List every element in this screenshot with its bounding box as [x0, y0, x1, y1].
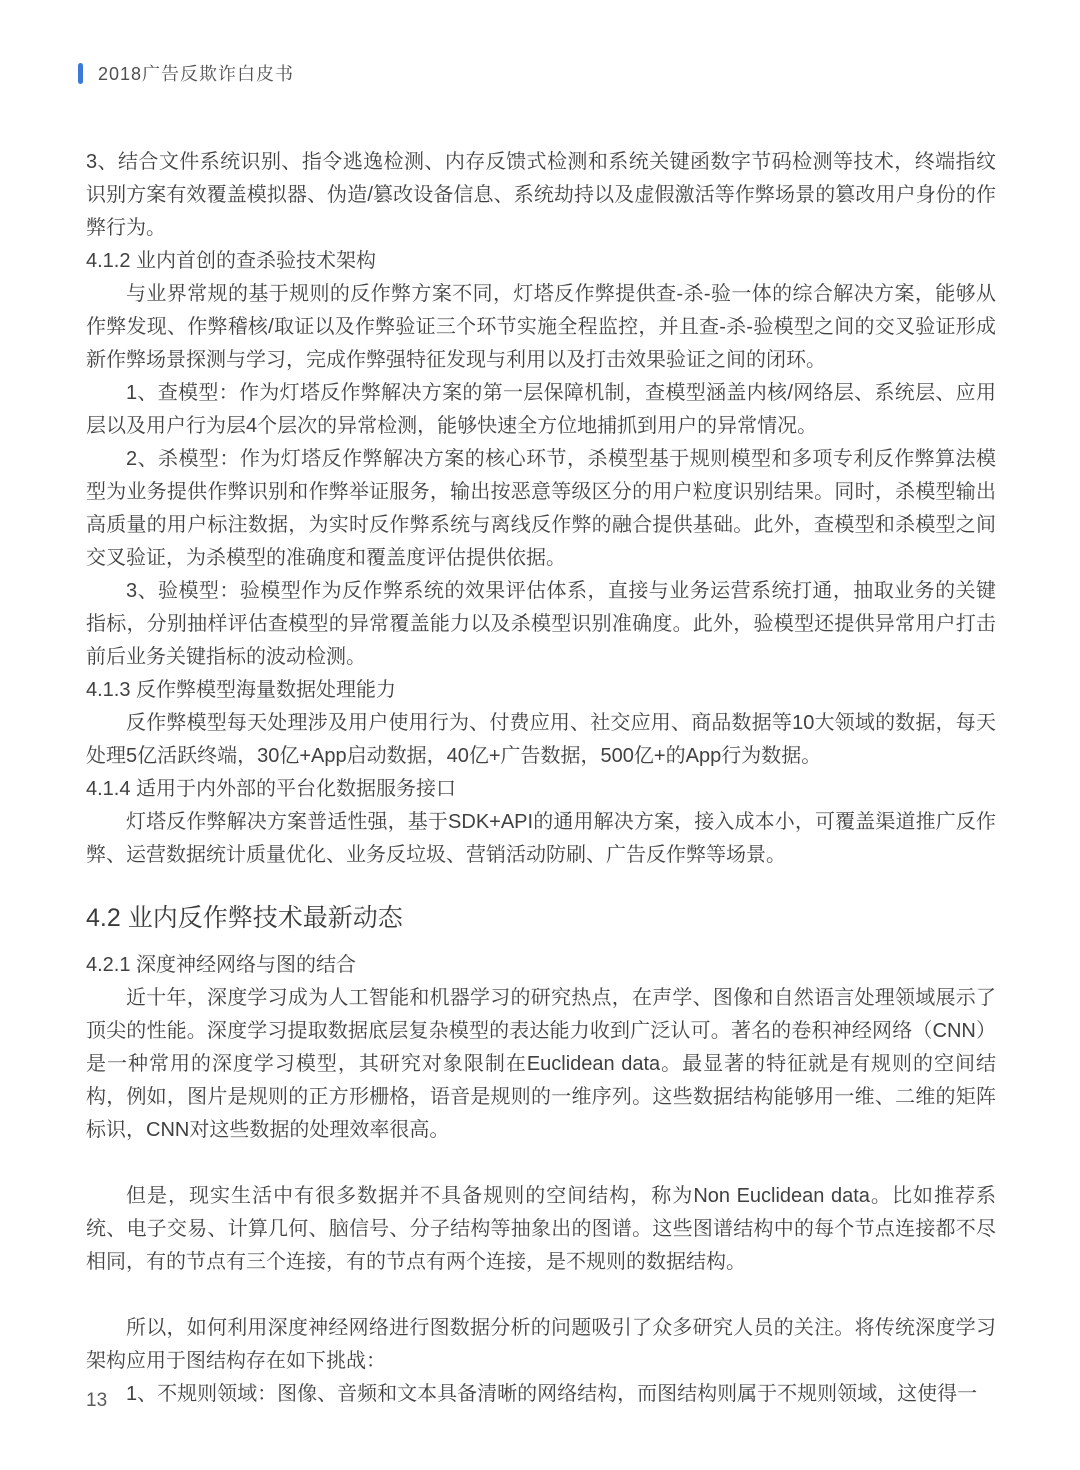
- paragraph-421-irregular-domain: 1、不规则领域：图像、音频和文本具备清晰的网络结构，而图结构则属于不规则领域，这…: [86, 1378, 996, 1411]
- paragraph-sha-model: 2、杀模型：作为灯塔反作弊解决方案的核心环节，杀模型基于规则模型和多项专利反作弊…: [86, 443, 996, 575]
- heading-4-1-2: 4.1.2 业内首创的查杀验技术架构: [86, 245, 996, 278]
- header-title: 2018广告反欺诈白皮书: [98, 60, 294, 86]
- page-footer: 13: [86, 1390, 107, 1412]
- heading-4-2: 4.2 业内反作弊技术最新动态: [86, 902, 996, 935]
- page-header: 2018广告反欺诈白皮书: [78, 60, 294, 86]
- paragraph-421-graph-analysis: 所以，如何利用深度神经网络进行图数据分析的问题吸引了众多研究人员的关注。将传统深…: [86, 1312, 996, 1378]
- paragraph-cha-model: 1、查模型：作为灯塔反作弊解决方案的第一层保障机制，查模型涵盖内核/网络层、系统…: [86, 377, 996, 443]
- paragraph-421-deep-learning: 近十年，深度学习成为人工智能和机器学习的研究热点，在声学、图像和自然语言处理领域…: [86, 982, 996, 1147]
- paragraph-414-platform-api: 灯塔反作弊解决方案普适性强，基于SDK+API的通用解决方案，接入成本小，可覆盖…: [86, 806, 996, 872]
- paragraph-412-intro: 与业界常规的基于规则的反作弊方案不同，灯塔反作弊提供查-杀-验一体的综合解决方案…: [86, 278, 996, 377]
- paragraph-yan-model: 3、验模型：验模型作为反作弊系统的效果评估体系，直接与业务运营系统打通，抽取业务…: [86, 575, 996, 674]
- paragraph-terminal-fingerprint: 3、结合文件系统识别、指令逃逸检测、内存反馈式检测和系统关键函数字节码检测等技术…: [86, 146, 996, 245]
- paragraph-421-non-euclidean: 但是，现实生活中有很多数据并不具备规则的空间结构，称为Non Euclidean…: [86, 1180, 996, 1279]
- page-number: 13: [86, 1390, 107, 1411]
- heading-4-1-4: 4.1.4 适用于内外部的平台化数据服务接口: [86, 773, 996, 806]
- paragraph-413-data-capacity: 反作弊模型每天处理涉及用户使用行为、付费应用、社交应用、商品数据等10大领域的数…: [86, 707, 996, 773]
- header-accent-bar: [78, 63, 83, 84]
- heading-4-2-1: 4.2.1 深度神经网络与图的结合: [86, 949, 996, 982]
- document-page: 2018广告反欺诈白皮书 3、结合文件系统识别、指令逃逸检测、内存反馈式检测和系…: [0, 0, 1080, 1470]
- page-content: 3、结合文件系统识别、指令逃逸检测、内存反馈式检测和系统关键函数字节码检测等技术…: [86, 146, 996, 1411]
- heading-4-1-3: 4.1.3 反作弊模型海量数据处理能力: [86, 674, 996, 707]
